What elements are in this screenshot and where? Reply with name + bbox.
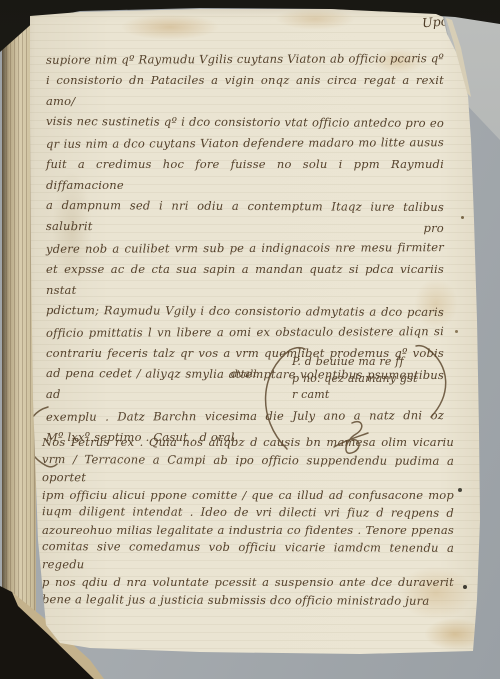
- stain: [275, 8, 355, 30]
- text-line: fuit a credimus hoc fore fuisse no solu …: [46, 154, 444, 196]
- note-margin-label: dvall: [231, 368, 257, 380]
- text-line: supiore nim qº Raymudu Vgilis cuytans Vi…: [46, 48, 444, 71]
- text-line: i consistorio dn Pataciles a vigin onqz …: [46, 70, 444, 112]
- speck: [455, 330, 458, 333]
- text-line: et expsse ac de cta sua sapin a mandan q…: [46, 259, 444, 301]
- text-line: a dampnum sed i nri odiu a contemptum It…: [46, 195, 444, 239]
- text-line: P. d beuiue ma re ff: [292, 354, 442, 371]
- speck: [463, 585, 467, 589]
- speck: [458, 488, 462, 492]
- stain: [120, 14, 220, 40]
- chancery-note: P. d beuiue ma re ff p no. qez alamany g…: [292, 354, 442, 404]
- text-line: comitas sive comedamus vob officiu vicar…: [42, 538, 454, 575]
- text-line: exemplu . Datz Barchn vicesima die July …: [46, 405, 444, 428]
- text-line: bene a legalit jus a justicia submissis …: [42, 591, 454, 610]
- text-line: qr ius nim a dco cuytans Viaton defender…: [46, 132, 444, 155]
- letter-body-2: Nos Petrus rex . Quia nos aliqbz d causi…: [42, 434, 454, 609]
- text-line: iuqm diligent intendat . Ideo de vri dil…: [42, 503, 454, 522]
- text-line: azoureohuo milias legalitate a industria…: [42, 522, 454, 540]
- text-line: visis nec sustinetis qº i dco consistori…: [46, 111, 444, 134]
- manuscript-photo: Upom supiore nim qº Raymudu Vgilis cuyta…: [0, 0, 500, 679]
- text-line: r camt: [292, 387, 442, 404]
- text-line: p nos qdiu d nra voluntate pcessit a sus…: [42, 574, 454, 592]
- text-line: vrm / Terracone a Campi ab ipo officio s…: [42, 451, 454, 488]
- text-line: pdictum; Raymudu Vgily i dco consistorio…: [46, 300, 444, 323]
- text-line: ipm officiu alicui ppone comitte / que c…: [42, 487, 454, 505]
- text-line: p no. qez alamany gst: [292, 371, 442, 388]
- manuscript-page: Upom supiore nim qº Raymudu Vgilis cuyta…: [0, 0, 500, 679]
- text-line: officio pmittatis l vn libere a omi ex o…: [46, 321, 444, 344]
- speck: [461, 216, 464, 219]
- text-line: ydere nob a cuilibet vrm sub pe a indign…: [46, 237, 444, 260]
- text-line: Nos Petrus rex . Quia nos aliqbz d causi…: [42, 434, 454, 452]
